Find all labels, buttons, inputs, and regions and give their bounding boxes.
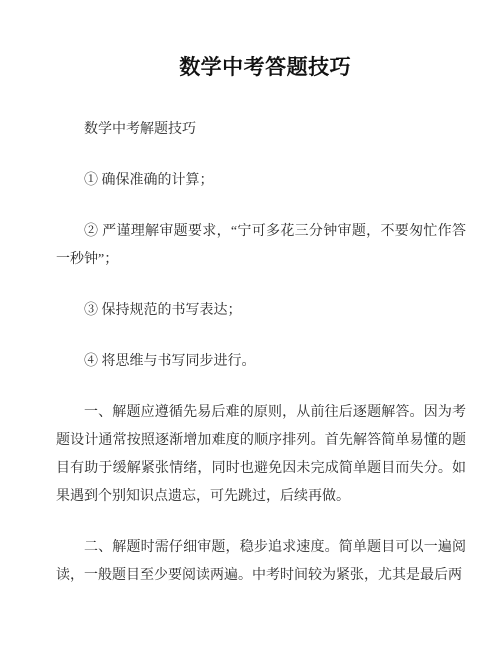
- paragraph-subtitle: 数学中考解题技巧: [56, 116, 466, 144]
- paragraph-point-2: ② 严谨理解审题要求，“宁可多花三分钟审题，不要匆忙作答一秒钟”；: [56, 218, 466, 274]
- document-content: 数学中考答题技巧 数学中考解题技巧 ① 确保准确的计算； ② 严谨理解审题要求，…: [56, 52, 466, 590]
- paragraph-point-1: ① 确保准确的计算；: [56, 167, 466, 195]
- paragraph-section-2: 二、解题时需仔细审题，稳步追求速度。简单题目可以一遍阅读，一般题目至少要阅读两遍…: [56, 534, 466, 590]
- paragraph-section-1: 一、解题应遵循先易后难的原则，从前往后逐题解答。因为考题设计通常按照逐渐增加难度…: [56, 399, 466, 511]
- paragraph-point-4: ④ 将思维与书写同步进行。: [56, 348, 466, 376]
- document-title: 数学中考答题技巧: [56, 52, 466, 82]
- paragraph-point-3: ③ 保持规范的书写表达；: [56, 297, 466, 325]
- document-page: 数学中考答题技巧 数学中考解题技巧 ① 确保准确的计算； ② 严谨理解审题要求，…: [0, 0, 500, 647]
